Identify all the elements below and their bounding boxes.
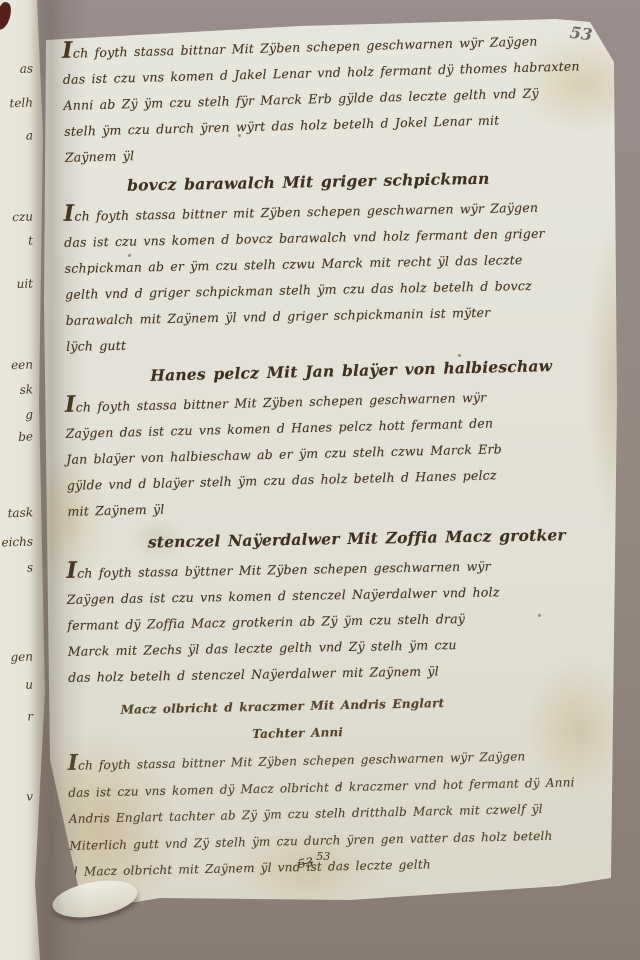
foliation-crossed-out: 53 (297, 855, 314, 871)
page-curl (50, 875, 141, 923)
gutter-fragment: uit (0, 276, 33, 291)
gutter-fragment: sk (0, 382, 33, 397)
gutter-fragment: u (0, 677, 33, 692)
gutter-fragment: g (0, 407, 33, 422)
gutter-fragment: telh (0, 95, 33, 110)
gutter-fragment: eichs (0, 534, 33, 549)
gutter-fragment: a (0, 128, 33, 143)
manuscript-page: 53 Ich foyth stassa bittnar Mit Zÿben sc… (38, 14, 618, 926)
gutter-fragment: t (0, 233, 33, 248)
entry-2: bovcz barawalch Mit griger schpickman Ic… (63, 162, 612, 359)
gutter-fragment: een (0, 357, 33, 372)
text-column: Ich foyth stassa bittnar Mit Zÿben schep… (63, 34, 615, 885)
foliation-mark: 5353 (298, 856, 330, 870)
ink-speck (238, 134, 241, 137)
gutter-fragment: as (0, 61, 33, 76)
entry-4: stenczel Naÿerdalwer Mit Zoffia Macz gro… (66, 520, 615, 691)
entry-1: Ich foyth stassa bittnar Mit Zÿben schep… (62, 24, 611, 171)
ink-speck (458, 354, 461, 357)
ink-speck (338, 784, 341, 787)
previous-page-edge (0, 0, 48, 960)
gutter-fragment: r (0, 709, 33, 724)
foliation-rewritten: 53 (316, 850, 330, 863)
gutter-fragment: gen (0, 649, 33, 664)
ink-speck (538, 614, 541, 617)
gutter-fragment: task (0, 505, 33, 520)
ink-speck (128, 254, 131, 257)
gutter-fragment: be (0, 429, 33, 444)
gutter-fragment: czu (0, 209, 33, 224)
gutter-fragment: v (0, 789, 33, 804)
gutter-fragment: s (0, 560, 33, 575)
manuscript-photo: as telh a czu t uit een sk g be task eic… (0, 0, 640, 960)
entry-5: Macz olbricht d kraczmer Mit Andris Engl… (66, 686, 616, 885)
entry-3: Hanes pelcz Mit Jan blaÿer von halbiesch… (64, 351, 614, 525)
